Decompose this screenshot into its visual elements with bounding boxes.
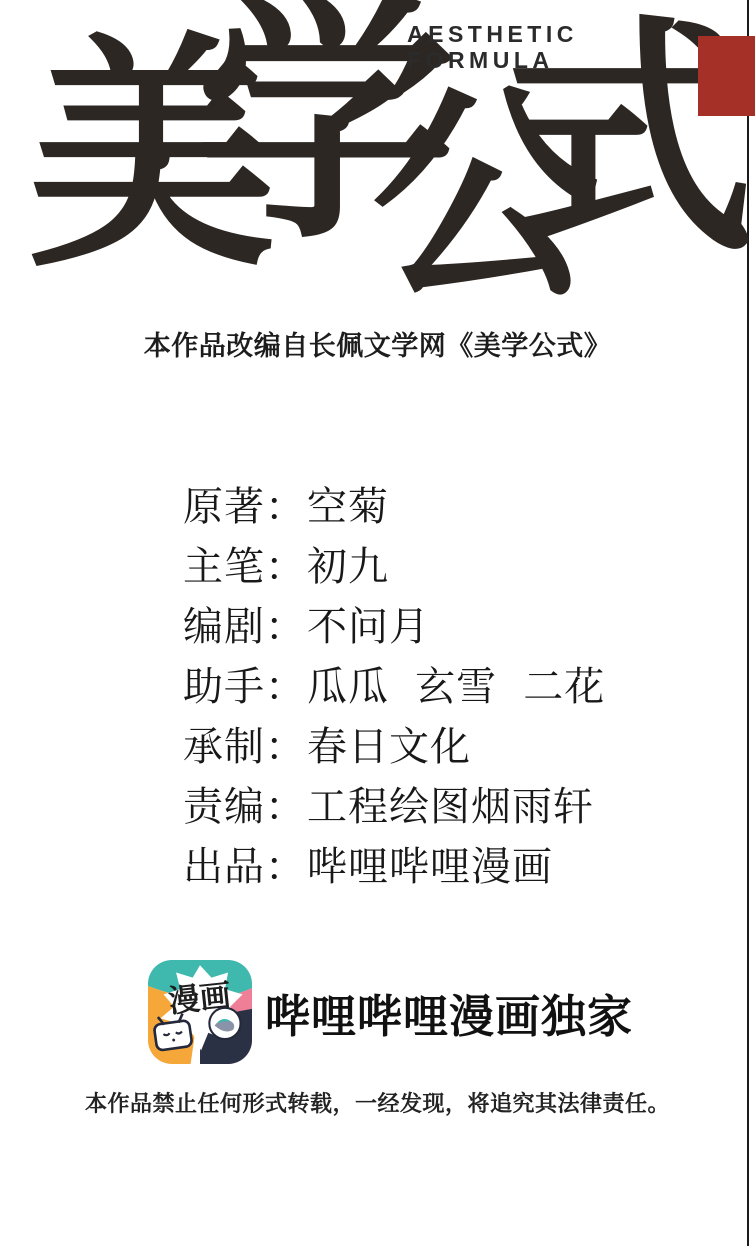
bilibili-comics-logo-svg: 漫画 xyxy=(148,960,252,1064)
bilibili-exclusive-text: 哔哩哔哩漫画独家 xyxy=(265,980,633,1045)
credit-label: 责编： xyxy=(183,775,307,832)
series-title-logotype: 美 学 公 式 xyxy=(0,0,755,310)
credit-row-production: 承制： 春日文化 xyxy=(183,713,605,773)
credit-value: 春日文化 xyxy=(307,715,471,772)
credits-list: 原著： 空菊 主笔： 初九 编剧： 不问月 助手： 瓜瓜 玄雪 二花 承制： 春… xyxy=(183,473,605,893)
legal-notice: 本作品禁止任何形式转载，一经发现，将追究其法律责任。 xyxy=(0,1087,755,1118)
credit-value: 工程绘图烟雨轩 xyxy=(307,775,594,832)
adaptation-note: 本作品改编自长佩文学网《美学公式》 xyxy=(0,324,755,363)
bilibili-comics-logo-icon: 漫画 xyxy=(148,960,252,1064)
credit-value: 不问月 xyxy=(307,595,430,652)
credit-row-editor: 责编： 工程绘图烟雨轩 xyxy=(183,773,605,833)
red-corner-rectangle xyxy=(698,36,755,116)
curl-character-icon xyxy=(209,1008,240,1039)
credit-label: 承制： xyxy=(183,715,307,772)
comic-title-page: 美 学 公 式 AESTHETIC FORMULA 本作品改编自长佩文学网《美学… xyxy=(0,0,755,1246)
credit-row-lead-artist: 主笔： 初九 xyxy=(183,533,605,593)
publisher-row: 漫画 哔哩哔哩漫画独家 xyxy=(148,960,633,1064)
credit-row-original-author: 原著： 空菊 xyxy=(183,473,605,533)
credit-value: 瓜瓜 玄雪 二花 xyxy=(307,655,605,712)
credit-row-screenwriter: 编剧： 不问月 xyxy=(183,593,605,653)
credit-label: 编剧： xyxy=(183,595,307,652)
latin-title-line1: AESTHETIC xyxy=(407,21,578,47)
credit-value: 空菊 xyxy=(307,475,389,532)
credit-label: 主笔： xyxy=(183,535,307,592)
credit-label: 助手： xyxy=(183,655,307,712)
credit-label: 原著： xyxy=(183,475,307,532)
series-title-latin: AESTHETIC FORMULA xyxy=(407,21,578,73)
credit-value: 哔哩哔哩漫画 xyxy=(307,835,553,892)
latin-title-line2: FORMULA xyxy=(407,47,578,73)
credit-row-assistants: 助手： 瓜瓜 玄雪 二花 xyxy=(183,653,605,713)
credit-label: 出品： xyxy=(183,835,307,892)
credit-value: 初九 xyxy=(307,535,389,592)
credit-row-presented-by: 出品： 哔哩哔哩漫画 xyxy=(183,833,605,893)
